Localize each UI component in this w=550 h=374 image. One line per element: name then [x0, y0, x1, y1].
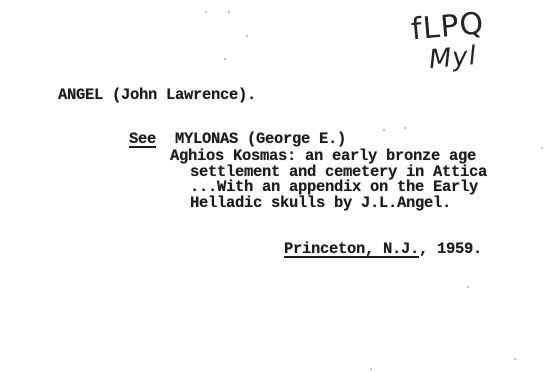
scan-speck	[541, 147, 543, 149]
see-label: See	[129, 130, 156, 148]
see-target: MYLONAS (George E.)	[175, 130, 346, 148]
scan-speck	[246, 35, 248, 37]
title-note-line: Aghios Kosmas: an early bronze age	[170, 148, 476, 164]
handwritten-shelfmark: fLPQ Myl	[396, 0, 510, 88]
scan-speck	[383, 129, 385, 131]
imprint-place: Princeton, N.J.	[284, 240, 419, 258]
scan-speck	[370, 368, 372, 370]
imprint-date: , 1959.	[419, 240, 482, 258]
scan-speck	[514, 358, 516, 360]
imprint-line: Princeton, N.J., 1959.	[248, 225, 482, 273]
scan-speck	[224, 58, 226, 60]
title-note-line: ...With an appendix on the Early	[190, 179, 478, 195]
scan-speck	[467, 286, 469, 288]
shelfmark-line2: Myl	[428, 41, 478, 75]
catalog-card-scan: fLPQ Myl ANGEL (John Lawrence). SeeMYLON…	[0, 0, 550, 374]
scan-speck	[228, 11, 230, 13]
author-heading: ANGEL (John Lawrence).	[58, 87, 256, 103]
scan-speck	[404, 127, 406, 129]
scan-speck	[205, 11, 207, 13]
title-note-line: Helladic skulls by J.L.Angel.	[190, 195, 451, 211]
